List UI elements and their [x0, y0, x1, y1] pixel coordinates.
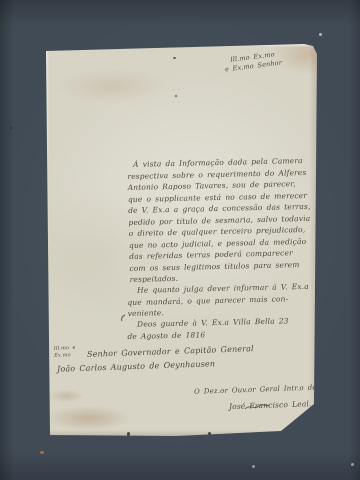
- dust-speck: [319, 33, 322, 36]
- signature-office-line: O Dez.or Ouv.or Geral Intr.o de Com.ca: [194, 382, 359, 396]
- signature-rubric-icon: [244, 396, 270, 415]
- ink-fleck: [173, 57, 176, 59]
- address-recipient-title: Senhor Governador e Capitão General: [87, 344, 254, 359]
- paper-edge-notch: [127, 432, 130, 436]
- dust-speck: [10, 127, 12, 129]
- address-recipient-name: João Carlos Augusto de Oeynhausen: [57, 359, 215, 374]
- dust-speck: [351, 463, 354, 466]
- letter-heading-honorific: Ill.mo Ex.mo e Ex.mo Senhor: [197, 46, 308, 77]
- address-honorific: Ill.mo e Ex.mo: [54, 344, 91, 359]
- letter-body-paragraph-2: He quanto julga dever informar á V. Ex.a…: [127, 281, 324, 320]
- paper-edge-notch: [208, 432, 211, 436]
- letter-closing-and-date: Deos guarde à V. Ex.a Villa Bella 23 de …: [127, 315, 323, 342]
- dust-speck: [40, 451, 44, 454]
- photograph-of-letter: Ill.mo Ex.mo e Ex.mo Senhor Á vista da I…: [0, 0, 360, 480]
- letter-body-paragraph-1: Á vista da Informação dada pela Camera r…: [127, 155, 326, 286]
- manuscript-page: Ill.mo Ex.mo e Ex.mo Senhor Á vista da I…: [46, 44, 317, 437]
- dust-speck: [252, 465, 255, 468]
- pen-flourish-icon: [119, 307, 127, 326]
- ink-fleck: [175, 95, 177, 97]
